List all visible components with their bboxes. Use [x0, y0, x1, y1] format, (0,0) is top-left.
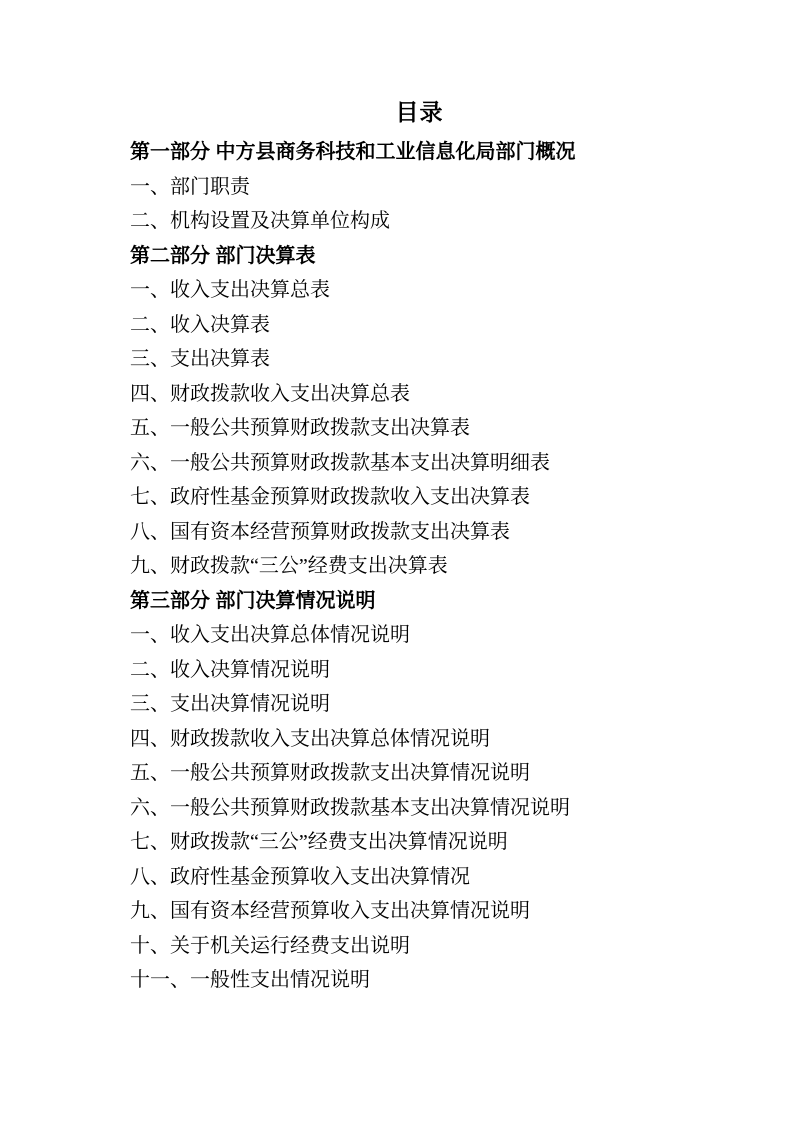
- toc-entry: 四、财政拨款收入支出决算总表: [130, 377, 693, 412]
- toc-entry: 五、一般公共预算财政拨款支出决算情况说明: [130, 756, 693, 791]
- toc-entry: 二、收入决算表: [130, 308, 693, 343]
- toc-entry: 三、支出决算情况说明: [130, 687, 693, 722]
- toc-entry: 五、一般公共预算财政拨款支出决算表: [130, 411, 693, 446]
- toc-entry: 九、财政拨款“三公”经费支出决算表: [130, 549, 693, 584]
- toc-entry: 一、收入支出决算总体情况说明: [130, 618, 693, 653]
- section-3-heading: 第三部分 部门决算情况说明: [130, 584, 693, 619]
- toc-entry: 十一、一般性支出情况说明: [130, 963, 693, 998]
- toc-entry: 一、部门职责: [130, 170, 693, 205]
- document-page: 目录 第一部分 中方县商务科技和工业信息化局部门概况 一、部门职责 二、机构设置…: [0, 0, 793, 1122]
- toc-entry: 二、收入决算情况说明: [130, 653, 693, 688]
- toc-entry: 六、一般公共预算财政拨款基本支出决算明细表: [130, 446, 693, 481]
- section-2-heading: 第二部分 部门决算表: [130, 239, 693, 274]
- toc-entry: 二、机构设置及决算单位构成: [130, 204, 693, 239]
- toc-entry: 八、国有资本经营预算财政拨款支出决算表: [130, 515, 693, 550]
- toc-entry: 三、支出决算表: [130, 342, 693, 377]
- toc-entry: 十、关于机关运行经费支出说明: [130, 929, 693, 964]
- toc-entry: 一、收入支出决算总表: [130, 273, 693, 308]
- toc-entry: 七、财政拨款“三公”经费支出决算情况说明: [130, 825, 693, 860]
- toc-entry: 四、财政拨款收入支出决算总体情况说明: [130, 722, 693, 757]
- section-1-heading: 第一部分 中方县商务科技和工业信息化局部门概况: [130, 135, 693, 170]
- document-title: 目录: [130, 93, 693, 131]
- toc-entry: 九、国有资本经营预算收入支出决算情况说明: [130, 894, 693, 929]
- toc-entry: 六、一般公共预算财政拨款基本支出决算情况说明: [130, 791, 693, 826]
- toc-entry: 八、政府性基金预算收入支出决算情况: [130, 860, 693, 895]
- toc-entry: 七、政府性基金预算财政拨款收入支出决算表: [130, 480, 693, 515]
